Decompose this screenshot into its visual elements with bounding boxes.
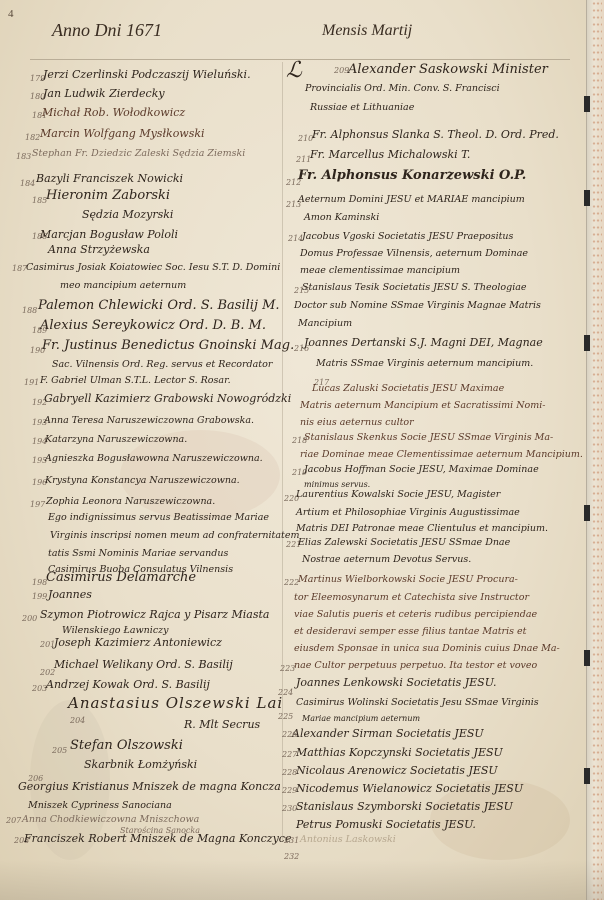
entry-number: 222: [284, 578, 299, 587]
entry-text: Joseph Kazimierz Antoniewicz: [54, 636, 222, 649]
entry-text: Provincialis Ord. Min. Conv. S. Francisc…: [305, 83, 500, 94]
entry-text: meo mancipium aeternum: [60, 280, 186, 291]
entry-text: Stefan Olszowski: [70, 738, 183, 753]
entry-number: 229: [282, 786, 297, 795]
entry-text: Michael Welikany Ord. S. Basilij: [54, 658, 233, 671]
entry-text: nis eius aeternus cultor: [300, 417, 414, 428]
entry-text: Palemon Chlewicki Ord. S. Basilij M.: [38, 298, 280, 313]
entry-text: Joannes Dertanski S.J. Magni DEI, Magnae: [304, 336, 543, 349]
entry-text: Fr. Justinus Benedictus Gnoinski Mag.: [42, 338, 294, 353]
bottom-shadow: [0, 860, 604, 900]
entry-text: Jacobus Hoffman Socie JESU, Maximae Domi…: [304, 464, 539, 475]
entry-text: Jerzi Czerlinski Podczaszij Wieluński.: [43, 68, 251, 81]
entry-text: Martinus Wielborkowski Socie JESU Procur…: [298, 574, 518, 585]
entry-number: 197: [30, 500, 45, 509]
entry-text: Joannes: [48, 588, 92, 601]
entry-text: Sędzia Mozyrski: [82, 208, 173, 221]
entry-number: 232: [284, 852, 299, 861]
entry-number: 230: [282, 804, 297, 813]
entry-text: Amon Kaminski: [304, 212, 379, 223]
column-divider: [282, 62, 283, 842]
entry-number: 226: [282, 730, 297, 739]
entry-text: Nostrae aeternum Devotus Servus.: [302, 554, 471, 565]
entry-number: 210: [298, 134, 313, 143]
manuscript-page: 4 Anno Dni 1671 Mensis Martij 179 Jerzi …: [0, 0, 604, 900]
entry-text: riae Dominae meae Clementissimae aeternu…: [300, 449, 583, 460]
entry-text: Jacobus Vgoski Societatis JESU Praeposit…: [302, 231, 513, 242]
entry-text: Matris DEI Patronae meae Clientulus et m…: [296, 523, 548, 534]
entry-text: Anastasius Olszewski Lai: [68, 694, 283, 712]
binding-tab: [584, 96, 590, 112]
entry-text: Doctor sub Nomine SSmae Virginis Magnae …: [294, 300, 541, 311]
entry-text: viae Salutis pueris et ceteris rudibus p…: [294, 609, 537, 620]
entry-text: Matthias Kopczynski Societatis JESU: [296, 746, 503, 759]
entry-text: R. Mlt Secrus: [184, 718, 260, 731]
entry-number: 183: [16, 152, 31, 161]
entry-text: Katarzyna Naruszewiczowna.: [45, 434, 187, 445]
entry-number: 200: [22, 614, 37, 623]
entry-text: Casimirus Delamarche: [46, 570, 196, 585]
entry-number: 209: [334, 66, 349, 75]
entry-number: 228: [282, 768, 297, 777]
entry-text: Georgius Kristianus Mniszek de magna Kon…: [18, 780, 281, 793]
binding-tab: [584, 505, 590, 521]
entry-text: Gabryell Kazimierz Grabowski Nowogródzki: [44, 392, 291, 405]
entry-text: et desideravi semper esse filius tantae …: [294, 626, 526, 637]
entry-number: 227: [282, 750, 297, 759]
entry-number: 188: [22, 306, 37, 315]
entry-text: Jan Ludwik Zierdecky: [43, 87, 165, 100]
entry-text: F. Gabriel Ulman S.T.L. Lector S. Rosar.: [40, 375, 231, 386]
entry-number: 224: [278, 688, 293, 697]
entry-number: 202: [40, 668, 55, 677]
entry-text: tor Eleemosynarum et Catechista sive Ins…: [294, 592, 529, 603]
entry-number: 201: [40, 640, 55, 649]
entry-text: Alexius Sereykowicz Ord. D. B. M.: [40, 318, 266, 333]
entry-number: 231: [284, 836, 299, 845]
entry-number: 198: [32, 578, 47, 587]
entry-text: Mniszek Cypriness Sanociana: [28, 800, 172, 811]
entry-text: Nicolaus Arenowicz Societatis JESU: [296, 764, 498, 777]
page-number: 4: [8, 8, 14, 20]
binding-tab: [584, 190, 590, 206]
entry-text: meae clementissimae mancipium: [300, 265, 460, 276]
entry-number: 185: [32, 196, 47, 205]
entry-text: Casimirus Josiak Koiatowiec Soc. Iesu S.…: [26, 262, 280, 273]
entry-text: Zophia Leonora Naruszewiczowna.: [46, 496, 215, 507]
entry-text: Anna Chodkiewiczowna Mniszchowa: [22, 814, 199, 825]
entry-text: Hieronim Zaborski: [46, 188, 170, 203]
entry-text: Stephan Fr. Dziedzic Zaleski Sędzia Ziem…: [32, 148, 245, 159]
entry-text: Fr. Marcellus Michalowski T.: [310, 148, 470, 161]
entry-text: Laurentius Kowalski Socie JESU, Magister: [296, 489, 500, 500]
entry-text: eiusdem Sponsae in unica sua Dominis cui…: [294, 643, 560, 654]
entry-text: Elias Zalewski Societatis JESU SSmae Dna…: [298, 537, 510, 548]
entry-number: 204: [70, 716, 85, 725]
entry-text: Fr. Alphonsus Konarzewski O.P.: [298, 168, 526, 183]
entry-text: Casimirus Wolinski Societatis Jesu SSmae…: [296, 697, 539, 708]
entry-number: 191: [24, 378, 39, 387]
entry-text: Marcin Wolfgang Mysłkowski: [40, 127, 205, 140]
entry-text: Russiae et Lithuaniae: [310, 102, 414, 113]
entry-text: Sac. Vilnensis Ord. Reg. servus et Recor…: [52, 359, 272, 370]
entry-number: 182: [25, 133, 40, 142]
entry-text: Anna Teresa Naruszewiczowna Grabowska.: [44, 415, 254, 426]
foxing-marks: [592, 0, 602, 900]
entry-text: Alexander Saskowski Minister: [348, 62, 548, 77]
entry-text: Michał Rob. Wołodkowicz: [42, 106, 185, 119]
entry-number: 187: [12, 264, 27, 273]
entry-text: Matris SSmae Virginis aeternum mancipium…: [316, 358, 533, 369]
entry-text: Domus Professae Vilnensis, aeternum Domi…: [300, 248, 528, 259]
entry-text: Skarbnik Łomżyński: [84, 758, 197, 771]
entry-text: Szymon Piotrowicz Rajca y Pisarz Miasta: [40, 608, 269, 621]
entry-text: Mariae mancipium aeternum: [302, 714, 420, 723]
entry-number: 199: [32, 592, 47, 601]
entry-number: 223: [280, 664, 295, 673]
entry-text: Joannes Lenkowski Societatis JESU.: [296, 676, 496, 689]
entry-text: Anna Strzyżewska: [48, 243, 150, 256]
entry-number: 225: [278, 712, 293, 721]
entry-text: minimus servus.: [304, 480, 370, 489]
entry-text: Marcjan Bogusław Pololi: [40, 228, 178, 241]
entry-text: Krystyna Konstancya Naruszewiczowna.: [45, 475, 240, 486]
entry-text: Andrzej Kowak Ord. S. Basilij: [46, 678, 210, 691]
entry-number: 184: [20, 179, 35, 188]
entry-number: 211: [296, 155, 311, 164]
entry-text: tatis Ssmi Nominis Mariae servandus: [48, 548, 228, 559]
entry-text: Stanislaus Szymborski Societatis JESU: [296, 800, 513, 813]
entry-text: Aeternum Domini JESU et MARIAE mancipium: [298, 194, 525, 205]
entry-text: Wilenskiego Ławniczy: [62, 625, 169, 636]
entry-text: nae Cultor perpetuus perpetuo. Ita testo…: [294, 660, 537, 671]
entry-text-faded: Antonius Laskowski: [300, 834, 396, 845]
entry-number: 214: [288, 234, 303, 243]
entry-text: Virginis inscripsi nomen meum ad confrat…: [50, 530, 300, 541]
entry-text: Franciszek Robert Mniszek de Magna Koncz…: [24, 832, 291, 845]
header-year: Anno Dni 1671: [52, 20, 162, 41]
entry-text: Fr. Alphonsus Slanka S. Theol. D. Ord. P…: [312, 128, 559, 141]
entry-text: Ego indignissimus servus Beatissimae Mar…: [48, 512, 269, 523]
entry-text: Agnieszka Bogusławowna Naruszewiczowna.: [45, 453, 263, 464]
entry-text: Alexander Sirman Societatis JESU: [292, 727, 484, 740]
entry-text: Artium et Philosophiae Virginis Augustis…: [296, 507, 520, 518]
binding-tab: [584, 768, 590, 784]
entry-text: Mancipium: [298, 318, 352, 329]
flourish-mark: ℒ: [286, 58, 303, 83]
entry-text: Petrus Pomuski Societatis JESU.: [296, 818, 476, 831]
header-month: Mensis Martij: [322, 22, 412, 40]
entry-number: 203: [32, 684, 47, 693]
entry-text: Matris aeternum Mancipium et Sacratissim…: [300, 400, 546, 411]
entry-number: 205: [52, 746, 67, 755]
entry-text: Bazyli Franciszek Nowicki: [36, 172, 183, 185]
entry-text: Nicodemus Wielanowicz Societatis JESU: [296, 782, 523, 795]
entry-text: Lucas Zaluski Societatis JESU Maximae: [312, 383, 504, 394]
entry-text: Stanislaus Skenkus Socie JESU SSmae Virg…: [304, 432, 553, 443]
entry-number: 207: [6, 816, 21, 825]
binding-tab: [584, 650, 590, 666]
binding-tab: [584, 335, 590, 351]
entry-text: Stanislaus Tesik Societatis JESU S. Theo…: [302, 282, 527, 293]
